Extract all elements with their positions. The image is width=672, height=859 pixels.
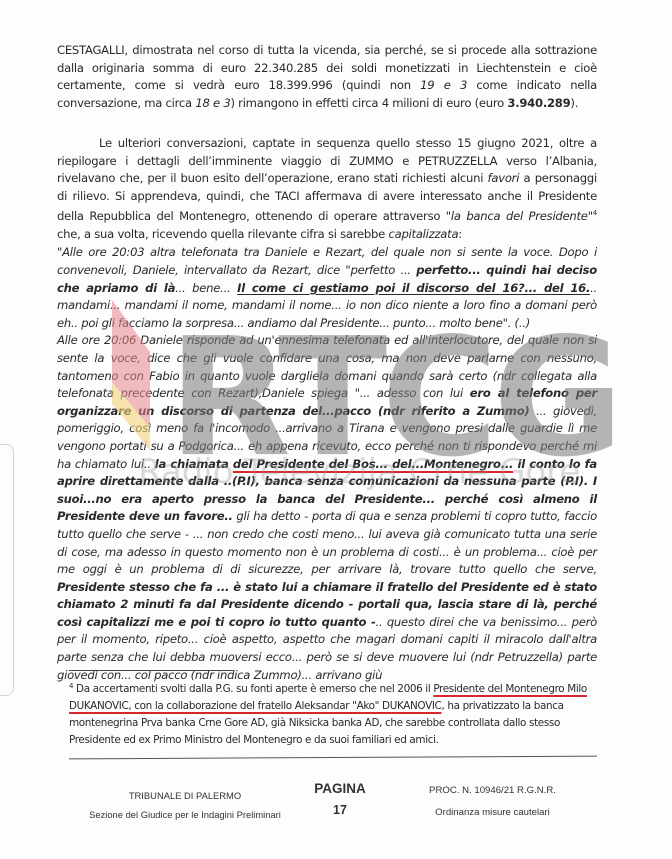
paragraph-2-text: : <box>458 227 462 241</box>
red-underlined-highlight: del Presidente del Bos... del...Monteneg… <box>233 457 513 471</box>
proceeding-number: PROC. N. 10946/21 R.G.N.R. <box>405 780 580 802</box>
italic-figure: 18 e 3 <box>195 96 230 110</box>
footer-divider <box>69 756 597 760</box>
italic-figure: 19 e 3 <box>420 78 467 92</box>
footnote-divider <box>69 670 234 671</box>
court-name: TRIBUNALE DI PALERMO <box>70 786 300 805</box>
wiretap-quote: "Alle ore 20:03 altra telefonata tra Dan… <box>57 244 597 684</box>
footnote-4: 4 Da accertamenti svolti dalla P.G. su f… <box>69 678 599 749</box>
footer-page: PAGINA 17 <box>300 778 380 820</box>
italic-term: favori <box>488 171 520 185</box>
page-number: 17 <box>300 800 380 820</box>
quote-bold-underlined: Il come ci gestiamo poi il discorso del … <box>237 281 590 295</box>
paragraph-2-text: che, a sua volta, ricevendo quella rilev… <box>57 227 388 241</box>
bold-amount: 3.940.289 <box>507 96 570 110</box>
italic-term: la banca del Presidente <box>451 209 588 223</box>
footnote-text: Da accertamenti svolti dalla P.G. su fon… <box>73 683 433 695</box>
paragraph-1: CESTAGALLI, dimostrata nel corso di tutt… <box>57 42 597 112</box>
italic-term: capitalizzata <box>388 227 458 241</box>
paragraph-2: Le ulteriori conversazioni, captate in s… <box>57 135 597 684</box>
document-type: Ordinanza misure cautelari <box>405 802 580 824</box>
page-label: PAGINA <box>300 778 380 800</box>
left-edge-frame <box>0 444 14 696</box>
document-page: CESTAGALLI, dimostrata nel corso di tutt… <box>0 0 672 859</box>
quote-bold: la chiamata <box>155 457 233 471</box>
footer-proc: PROC. N. 10946/21 R.G.N.R. Ordinanza mis… <box>405 780 580 824</box>
quote-text: ... bene... <box>175 281 237 295</box>
court-section: Sezione del Giudice per le Indagini Prel… <box>70 805 300 824</box>
footnote-reference[interactable]: 4 <box>593 209 597 217</box>
paragraph-1-text: ) rimangono in effetti circa 4 milioni d… <box>230 96 507 110</box>
paragraph-1-text: ). <box>570 96 578 110</box>
footer-court: TRIBUNALE DI PALERMO Sezione del Giudice… <box>70 786 300 824</box>
